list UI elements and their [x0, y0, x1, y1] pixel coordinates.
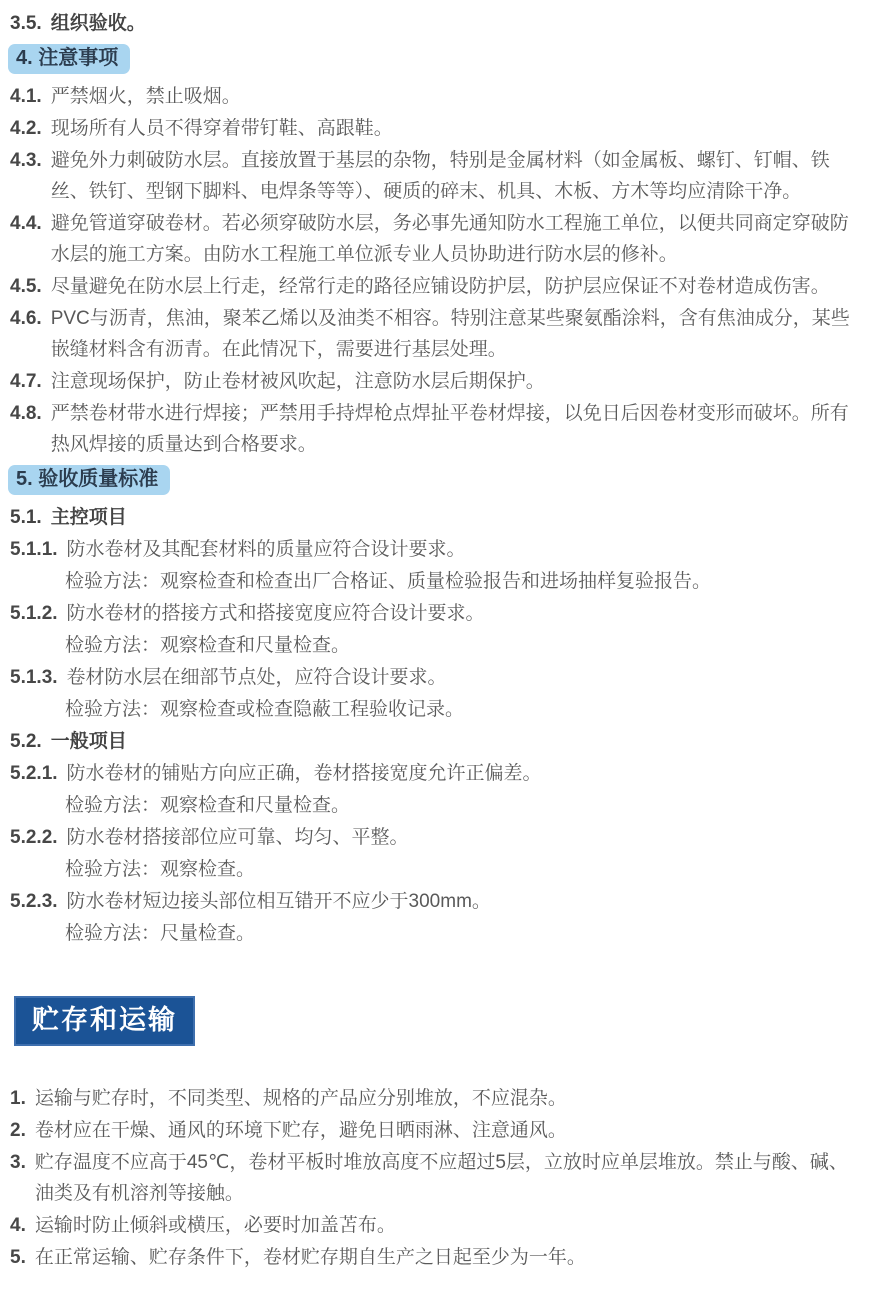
intro-line: 3.5. 组织验收。 — [10, 8, 864, 39]
item-text: 注意现场保护，防止卷材被风吹起，注意防水层后期保护。 — [51, 366, 864, 397]
item-number: 4.8. — [10, 398, 42, 429]
item-text: PVC与沥青，焦油，聚苯乙烯以及油类不相容。特别注意某些聚氨酯涂料，含有焦油成分… — [51, 303, 864, 365]
item-text: 避免外力刺破防水层。直接放置于基层的杂物，特别是金属材料（如金属板、螺钉、钉帽、… — [51, 145, 864, 207]
inspection-method: 检验方法：观察检查和尺量检查。 — [10, 630, 864, 661]
item-number: 1. — [10, 1083, 26, 1114]
inspection-method: 检验方法：观察检查或检查隐蔽工程验收记录。 — [10, 694, 864, 725]
item-text: 组织验收。 — [51, 8, 864, 39]
item-number: 5.2. — [10, 726, 42, 757]
storage-item-1: 1. 运输与贮存时，不同类型、规格的产品应分别堆放，不应混杂。 — [10, 1083, 864, 1114]
item-text: 现场所有人员不得穿着带钉鞋、高跟鞋。 — [51, 113, 864, 144]
list-item-4-6: 4.6. PVC与沥青，焦油，聚苯乙烯以及油类不相容。特别注意某些聚氨酯涂料，含… — [10, 303, 864, 365]
item-text: 运输时防止倾斜或横压，必要时加盖苫布。 — [35, 1210, 864, 1241]
list-item-5-2-3: 5.2.3. 防水卷材短边接头部位相互错开不应少于300mm。 — [10, 886, 864, 917]
list-item-4-5: 4.5. 尽量避免在防水层上行走，经常行走的路径应铺设防护层，防护层应保证不对卷… — [10, 271, 864, 302]
item-number: 4.3. — [10, 145, 42, 176]
section-5-heading-row: 5. 验收质量标准 — [10, 461, 864, 502]
list-item-4-3: 4.3. 避免外力刺破防水层。直接放置于基层的杂物，特别是金属材料（如金属板、螺… — [10, 145, 864, 207]
inspection-method: 检验方法：观察检查。 — [10, 854, 864, 885]
item-text: 防水卷材的铺贴方向应正确，卷材搭接宽度允许正偏差。 — [67, 758, 864, 789]
item-text: 防水卷材短边接头部位相互错开不应少于300mm。 — [67, 886, 864, 917]
item-number: 5.2.3. — [10, 886, 58, 917]
item-number: 3. — [10, 1147, 26, 1178]
item-text: 严禁卷材带水进行焊接；严禁用手持焊枪点焊扯平卷材焊接，以免日后因卷材变形而破坏。… — [51, 398, 864, 460]
item-number: 5.1. — [10, 502, 42, 533]
list-item-4-1: 4.1. 严禁烟火，禁止吸烟。 — [10, 81, 864, 112]
storage-item-3: 3. 贮存温度不应高于45℃，卷材平板时堆放高度不应超过5层，立放时应单层堆放。… — [10, 1147, 864, 1209]
item-number: 4. — [10, 1210, 26, 1241]
item-text: 运输与贮存时，不同类型、规格的产品应分别堆放，不应混杂。 — [35, 1083, 864, 1114]
item-text: 卷材应在干燥、通风的环境下贮存，避免日晒雨淋、注意通风。 — [35, 1115, 864, 1146]
subsection-5-2-heading: 5.2. 一般项目 — [10, 726, 864, 757]
item-text: 卷材防水层在细部节点处，应符合设计要求。 — [67, 662, 864, 693]
item-text: 贮存温度不应高于45℃，卷材平板时堆放高度不应超过5层，立放时应单层堆放。禁止与… — [35, 1147, 864, 1209]
inspection-method: 检验方法：观察检查和尺量检查。 — [10, 790, 864, 821]
item-number: 5.1.3. — [10, 662, 58, 693]
item-number: 4.1. — [10, 81, 42, 112]
item-text: 严禁烟火，禁止吸烟。 — [51, 81, 864, 112]
section-5-heading: 5. 验收质量标准 — [8, 465, 170, 495]
storage-item-5: 5. 在正常运输、贮存条件下，卷材贮存期自生产之日起至少为一年。 — [10, 1242, 864, 1273]
item-number: 4.7. — [10, 366, 42, 397]
section-4-heading-row: 4. 注意事项 — [10, 40, 864, 81]
item-number: 3.5. — [10, 8, 42, 39]
item-number: 5.1.1. — [10, 534, 58, 565]
item-text: 主控项目 — [51, 502, 864, 533]
item-number: 5.1.2. — [10, 598, 58, 629]
item-text: 防水卷材搭接部位应可靠、均匀、平整。 — [67, 822, 864, 853]
item-number: 4.5. — [10, 271, 42, 302]
list-item-4-2: 4.2. 现场所有人员不得穿着带钉鞋、高跟鞋。 — [10, 113, 864, 144]
document-body: 3.5. 组织验收。 4. 注意事项 4.1. 严禁烟火，禁止吸烟。 4.2. … — [0, 0, 870, 1294]
inspection-method: 检验方法：尺量检查。 — [10, 918, 864, 949]
storage-item-4: 4. 运输时防止倾斜或横压，必要时加盖苫布。 — [10, 1210, 864, 1241]
list-item-4-7: 4.7. 注意现场保护，防止卷材被风吹起，注意防水层后期保护。 — [10, 366, 864, 397]
storage-banner: 贮存和运输 — [14, 996, 195, 1046]
item-number: 4.6. — [10, 303, 42, 334]
list-item-5-1-3: 5.1.3. 卷材防水层在细部节点处，应符合设计要求。 — [10, 662, 864, 693]
list-item-5-1-1: 5.1.1. 防水卷材及其配套材料的质量应符合设计要求。 — [10, 534, 864, 565]
section-4-heading: 4. 注意事项 — [8, 44, 130, 74]
document-page: { "colors": { "body_text": "#595959", "n… — [0, 0, 870, 1294]
storage-banner-row: 贮存和运输 — [14, 996, 864, 1046]
item-number: 5.2.1. — [10, 758, 58, 789]
item-text: 在正常运输、贮存条件下，卷材贮存期自生产之日起至少为一年。 — [35, 1242, 864, 1273]
item-number: 5.2.2. — [10, 822, 58, 853]
subsection-5-1-heading: 5.1. 主控项目 — [10, 502, 864, 533]
item-text: 避免管道穿破卷材。若必须穿破防水层，务必事先通知防水工程施工单位，以便共同商定穿… — [51, 208, 864, 270]
list-item-5-1-2: 5.1.2. 防水卷材的搭接方式和搭接宽度应符合设计要求。 — [10, 598, 864, 629]
storage-item-2: 2. 卷材应在干燥、通风的环境下贮存，避免日晒雨淋、注意通风。 — [10, 1115, 864, 1146]
item-number: 2. — [10, 1115, 26, 1146]
item-text: 一般项目 — [51, 726, 864, 757]
item-number: 4.2. — [10, 113, 42, 144]
list-item-4-8: 4.8. 严禁卷材带水进行焊接；严禁用手持焊枪点焊扯平卷材焊接，以免日后因卷材变… — [10, 398, 864, 460]
list-item-5-2-2: 5.2.2. 防水卷材搭接部位应可靠、均匀、平整。 — [10, 822, 864, 853]
inspection-method: 检验方法：观察检查和检查出厂合格证、质量检验报告和进场抽样复验报告。 — [10, 566, 864, 597]
list-item-5-2-1: 5.2.1. 防水卷材的铺贴方向应正确，卷材搭接宽度允许正偏差。 — [10, 758, 864, 789]
item-text: 防水卷材的搭接方式和搭接宽度应符合设计要求。 — [67, 598, 864, 629]
item-text: 防水卷材及其配套材料的质量应符合设计要求。 — [67, 534, 864, 565]
list-item-4-4: 4.4. 避免管道穿破卷材。若必须穿破防水层，务必事先通知防水工程施工单位，以便… — [10, 208, 864, 270]
item-number: 5. — [10, 1242, 26, 1273]
item-number: 4.4. — [10, 208, 42, 239]
item-text: 尽量避免在防水层上行走，经常行走的路径应铺设防护层，防护层应保证不对卷材造成伤害… — [51, 271, 864, 302]
